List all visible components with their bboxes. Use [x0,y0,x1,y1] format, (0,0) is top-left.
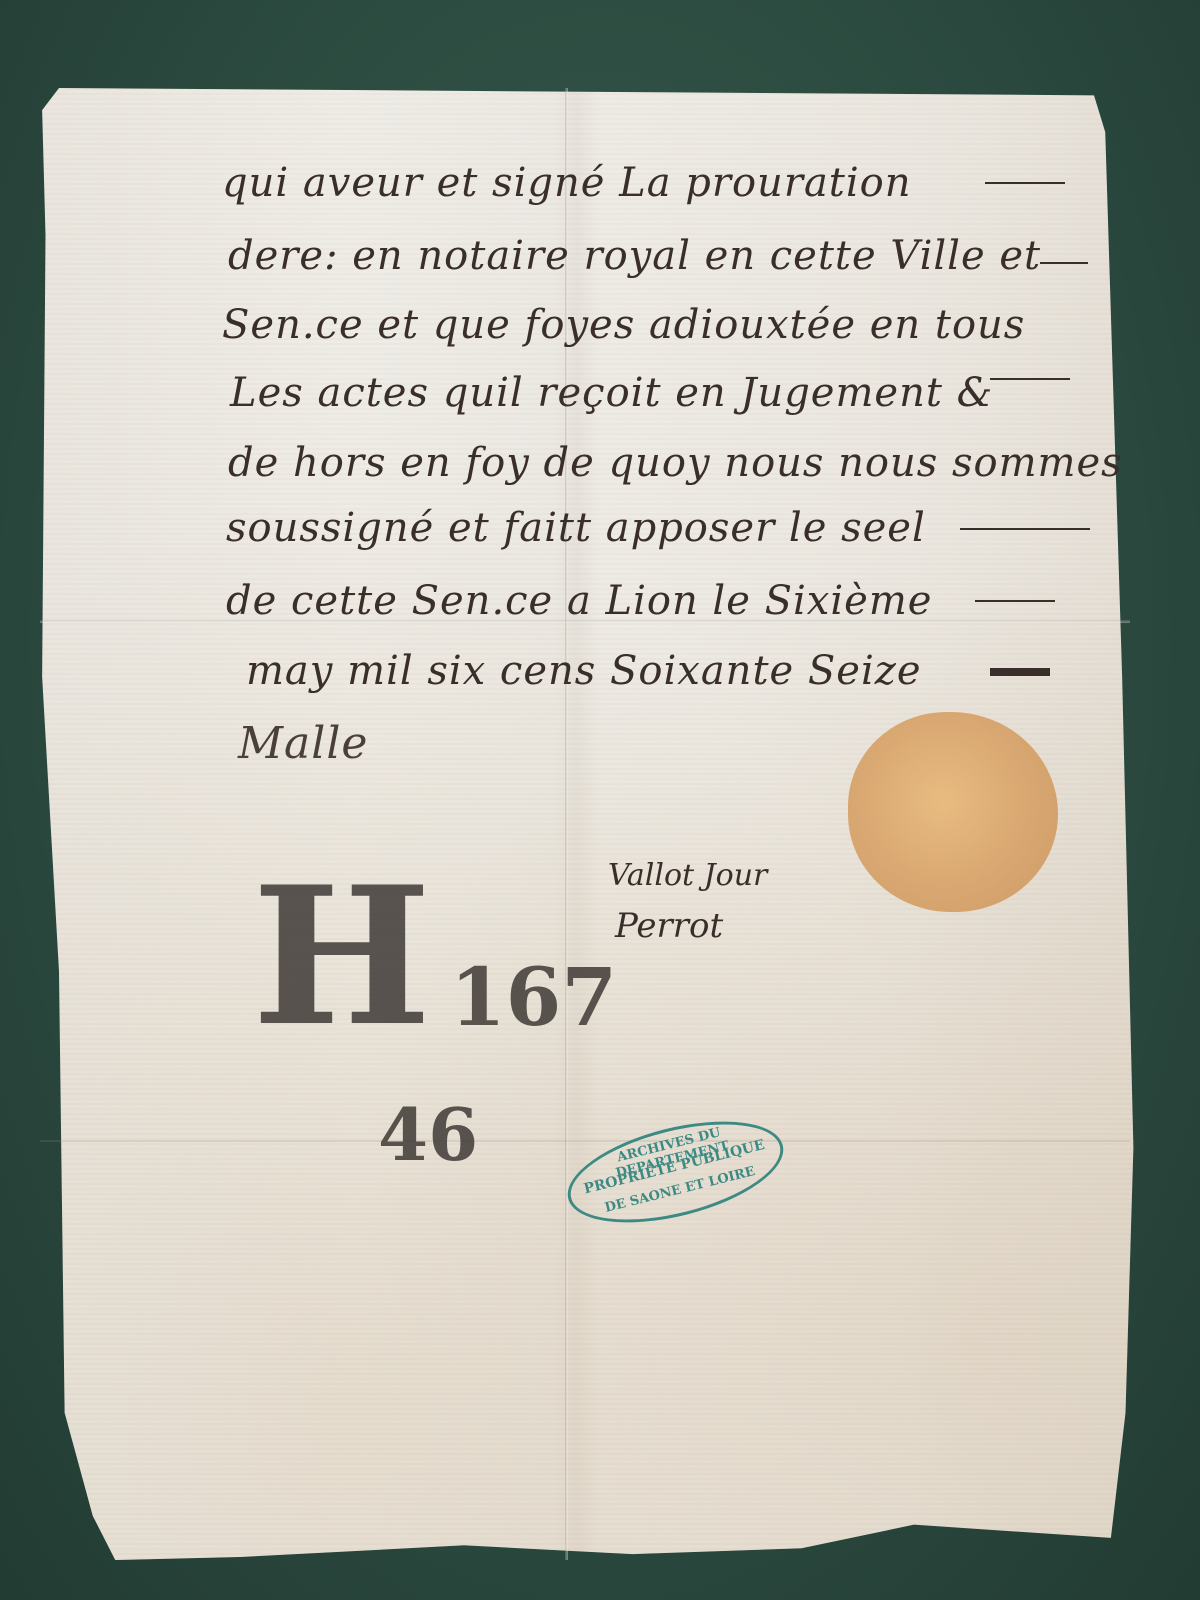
line-filler [960,528,1090,530]
line-filler [985,182,1065,184]
text-line-3: Sen.ce et que foyes adiouxtée en tous [222,302,1025,348]
line-filler [975,600,1055,602]
ink-flourish [990,668,1050,676]
signature-perrot: Perrot [615,906,723,946]
text-line-4: Les actes quil reçoit en Jugement & [230,370,993,416]
text-line-7: de cette Sen.ce a Lion le Sixième [226,578,932,624]
text-line-2: dere: en notaire royal en cette Ville et [228,233,1041,279]
text-line-5: de hors en foy de quoy nous nous sommes [228,440,1123,486]
line-filler [1040,262,1088,264]
wax-seal [848,712,1058,912]
text-line-1: qui aveur et signé La prouration [222,160,912,206]
stencil-number-46: 46 [378,1092,478,1177]
lower-fold-crease [40,1140,1130,1142]
signature-malle: Malle [238,718,368,769]
line-filler [990,378,1070,380]
text-line-8: may mil six cens Soixante Seize [246,648,922,694]
stencil-series-letter: H [252,862,412,1052]
text-line-6: soussigné et faitt apposer le seel [226,505,926,551]
stencil-number-167: 167 [450,950,617,1044]
signature-vallot-jour: Vallot Jour [608,858,767,893]
